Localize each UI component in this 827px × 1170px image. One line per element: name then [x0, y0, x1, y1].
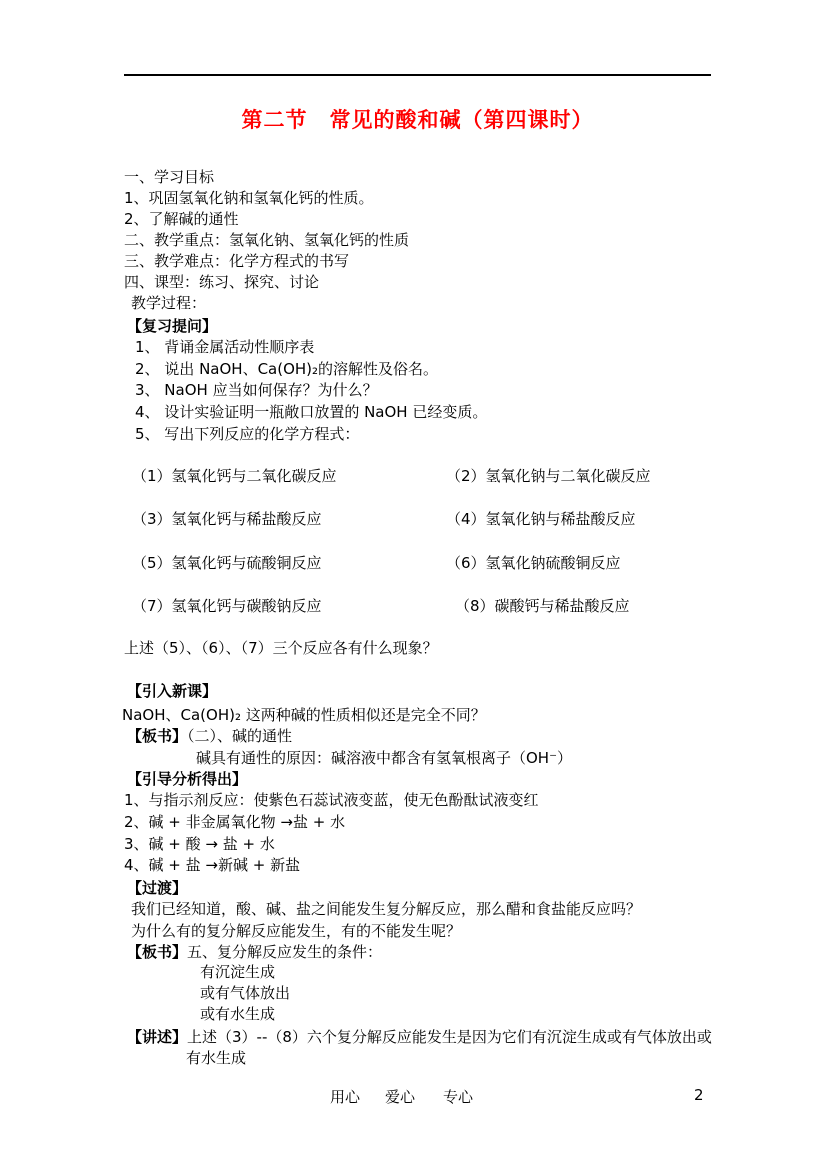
analysis-list: 1、与指示剂反应：使紫色石蕊试液变蓝，使无色酚酞试液变红 2、碱 + 非金属氧化… [124, 790, 539, 877]
reaction-item-1: （1）氢氧化钙与二氧化碳反应 [132, 465, 337, 486]
review-item: 2、 说出 NaOH、Ca(OH)₂的溶解性及俗名。 [135, 359, 487, 381]
intro-line: 1、巩固氢氧化钠和氢氧化钙的性质。 [124, 188, 409, 209]
board-note-2: 【板书】五、复分解反应发生的条件： [127, 941, 382, 962]
footer-word: 专心 [443, 1086, 473, 1107]
condition-item: 或有气体放出 [200, 983, 290, 1004]
review-item: 3、 NaOH 应当如何保存？为什么？ [135, 380, 487, 402]
footer-word: 用心 [330, 1086, 360, 1107]
intro-line-teaching-process: 教学过程： [124, 293, 409, 314]
header-rule [124, 74, 711, 76]
board-label: 【板书】 [127, 943, 187, 961]
analysis-item: 3、碱 + 酸 → 盐 + 水 [124, 834, 539, 856]
reaction-item-8: （8）碳酸钙与稀盐酸反应 [455, 595, 630, 616]
page-number: 2 [694, 1086, 704, 1104]
analysis-heading: 【引导分析得出】 [127, 768, 247, 789]
condition-item: 有沉淀生成 [200, 962, 290, 983]
intro-line: 二、教学重点：氢氧化钠、氢氧化钙的性质 [124, 230, 409, 251]
board-reason: 碱具有通性的原因：碱溶液中都含有氢氧根离子（OH⁻） [196, 747, 572, 768]
analysis-item: 2、碱 + 非金属氧化物 →盐 + 水 [124, 812, 539, 834]
transition-block: 我们已经知道，酸、碱、盐之间能发生复分解反应，那么醋和食盐能反应吗？ 为什么有的… [131, 899, 641, 942]
new-lesson-heading: 【引入新课】 [127, 680, 217, 701]
intro-line: 三、教学难点：化学方程式的书写 [124, 251, 409, 272]
intro-line: 四、课型：练习、探究、讨论 [124, 272, 409, 293]
board-label: 【板书】 [127, 727, 187, 745]
review-questions-heading: 【复习提问】 [127, 315, 217, 336]
review-item: 5、 写出下列反应的化学方程式： [135, 424, 487, 446]
lecture-note: 【讲述】上述（3）--（8）六个复分解反应能发生是因为它们有沉淀生成或有气体放出… [127, 1026, 712, 1047]
lecture-text: 上述（3）--（8）六个复分解反应能发生是因为它们有沉淀生成或有气体放出或 [187, 1028, 712, 1046]
phenomena-question: 上述（5）、（6）、（7）三个反应各有什么现象？ [124, 637, 438, 658]
lecture-note-continuation: 有水生成 [186, 1047, 246, 1068]
reaction-item-3: （3）氢氧化钙与稀盐酸反应 [132, 508, 322, 529]
board-conditions-list: 有沉淀生成 或有气体放出 或有水生成 [200, 962, 290, 1025]
new-lesson-question: NaOH、Ca(OH)₂ 这两种碱的性质相似还是完全不同？ [122, 704, 486, 725]
transition-line: 为什么有的复分解反应能发生，有的不能发生呢？ [131, 921, 641, 943]
board-note-1: 【板书】（二）、碱的通性 [127, 725, 292, 746]
footer-word: 爱心 [385, 1086, 415, 1107]
reaction-item-7: （7）氢氧化钙与碳酸钠反应 [132, 595, 322, 616]
intro-line: 一、学习目标 [124, 167, 409, 188]
board-text: 五、复分解反应发生的条件： [187, 943, 382, 961]
intro-block: 一、学习目标 1、巩固氢氧化钠和氢氧化钙的性质。 2、了解碱的通性 二、教学重点… [124, 167, 409, 314]
review-item: 4、 设计实验证明一瓶敞口放置的 NaOH 已经变质。 [135, 402, 487, 424]
analysis-item: 1、与指示剂反应：使紫色石蕊试液变蓝，使无色酚酞试液变红 [124, 790, 539, 812]
reaction-item-2: （2）氢氧化钠与二氧化碳反应 [446, 465, 651, 486]
reaction-item-5: （5）氢氧化钙与硫酸铜反应 [132, 552, 322, 573]
reaction-item-6: （6）氢氧化钠硫酸铜反应 [446, 552, 621, 573]
board-text: （二）、碱的通性 [187, 727, 292, 745]
condition-item: 或有水生成 [200, 1004, 290, 1025]
transition-heading: 【过渡】 [127, 877, 187, 898]
document-page: 第二节 常见的酸和碱（第四课时） 一、学习目标 1、巩固氢氧化钠和氢氧化钙的性质… [0, 0, 827, 1170]
review-questions-list: 1、 背诵金属活动性顺序表 2、 说出 NaOH、Ca(OH)₂的溶解性及俗名。… [135, 337, 487, 445]
review-item: 1、 背诵金属活动性顺序表 [135, 337, 487, 359]
transition-line: 我们已经知道，酸、碱、盐之间能发生复分解反应，那么醋和食盐能反应吗？ [131, 899, 641, 921]
lecture-label: 【讲述】 [127, 1028, 187, 1046]
page-title: 第二节 常见的酸和碱（第四课时） [124, 104, 711, 134]
analysis-item: 4、碱 + 盐 →新碱 + 新盐 [124, 855, 539, 877]
intro-line: 2、了解碱的通性 [124, 209, 409, 230]
reaction-item-4: （4）氢氧化钠与稀盐酸反应 [446, 508, 636, 529]
